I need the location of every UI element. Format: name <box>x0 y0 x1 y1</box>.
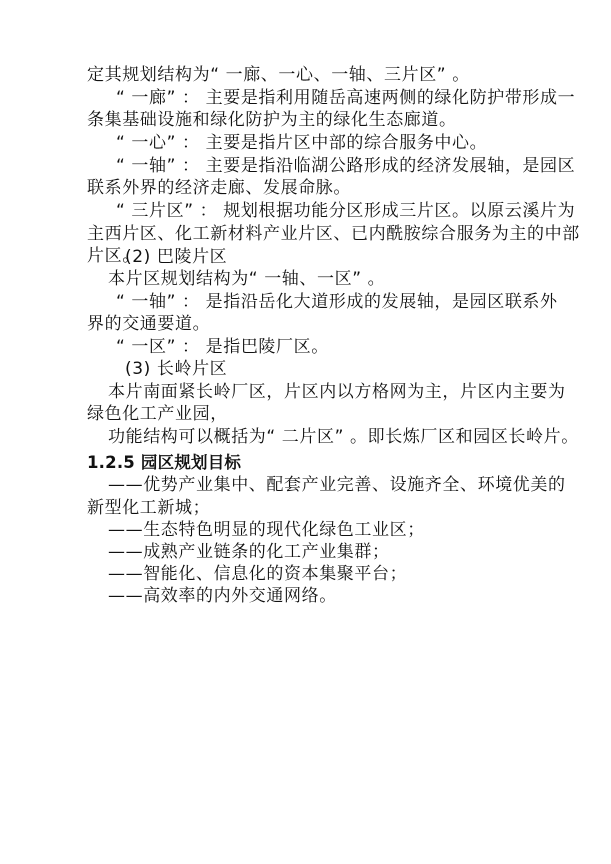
text-line: “ 一廊” ： 主要是指利用随岳高速两侧的绿化防护带形成一 <box>116 87 575 109</box>
text-line: 联系外界的经济走廊、发展命脉。 <box>87 177 351 199</box>
text-line: 条集基础设施和绿化防护为主的绿化生态廊道。 <box>87 109 457 131</box>
text-line: “ 一轴” ： 是指沿岳化大道形成的发展轴，是园区联系外 <box>116 291 558 313</box>
text-line: 定其规划结构为“ 一廊、一心、一轴、三片区” 。 <box>87 64 470 86</box>
text-line: 界的交通要道。 <box>87 313 210 335</box>
list-item: ——高效率的内外交通网络。 <box>108 585 337 607</box>
list-item: ——智能化、信息化的资本集聚平台； <box>108 563 407 585</box>
text-line: 功能结构可以概括为“ 二片区” 。即长炼厂区和园区长岭片。 <box>108 426 579 448</box>
text-line: “ 一区” ： 是指巴陵厂区。 <box>116 336 329 358</box>
text-line: 本片区规划结构为“ 一轴、一区” 。 <box>108 268 385 290</box>
text-line: “ 三片区” ： 规划根据功能分区形成三片区。以原云溪片为 <box>116 200 575 222</box>
section-heading-1-2-5: 1.2.5 园区规划目标 <box>87 452 241 474</box>
list-item: ——成熟产业链条的化工产业集群； <box>108 541 390 563</box>
list-item: ——生态特色明显的现代化绿色工业区； <box>108 519 425 541</box>
subsection-heading-changling: (3) 长岭片区 <box>125 358 227 380</box>
text-line: 主西片区、化工新材料产业片区、已内酰胺综合服务为主的中部 <box>87 223 580 245</box>
list-item: ——优势产业集中、配套产业完善、设施齐全、环境优美的 <box>108 474 566 496</box>
document-page: 定其规划结构为“ 一廊、一心、一轴、三片区” 。 “ 一廊” ： 主要是指利用随… <box>0 0 611 864</box>
subsection-heading-baling: (2) 巴陵片区 <box>125 246 227 268</box>
text-line: 绿色化工产业园， <box>87 403 228 425</box>
text-line: “ 一心” ： 主要是指片区中部的综合服务中心。 <box>116 132 487 154</box>
text-line: “ 一轴” ： 主要是指沿临湖公路形成的经济发展轴，是园区 <box>116 155 575 177</box>
text-line: 新型化工新城； <box>87 497 210 519</box>
text-line: 本片南面紧长岭厂区，片区内以方格网为主，片区内主要为 <box>108 381 566 403</box>
